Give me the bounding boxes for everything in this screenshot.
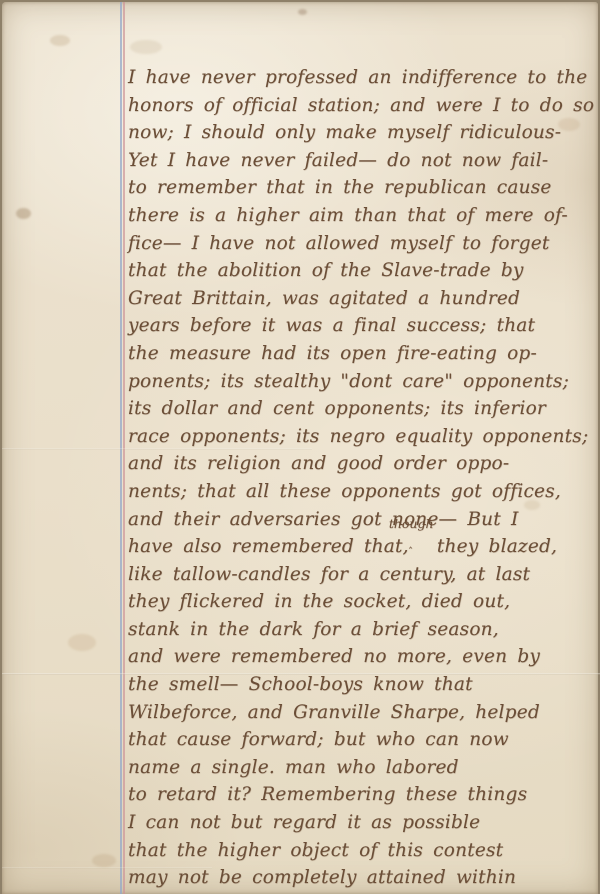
stain	[50, 35, 70, 46]
handwritten-line: ponents; its stealthy "dont care" oppone…	[128, 368, 580, 396]
handwritten-line: race opponents; its negro equality oppon…	[128, 423, 580, 451]
handwritten-line: name a single. man who labored	[128, 754, 580, 782]
line-text-before: have also remembered that,	[128, 536, 409, 557]
handwritten-line: to remember that in the republican cause	[128, 174, 580, 202]
stain	[92, 854, 116, 867]
handwritten-line: Yet I have never failed— do not now fail…	[128, 147, 580, 175]
handwritten-line: nents; that all these opponents got offi…	[128, 478, 580, 506]
handwritten-line: I can not but regard it as possible	[128, 809, 580, 837]
handwritten-line: and its religion and good order oppo-	[128, 450, 580, 478]
handwritten-line: that the higher object of this contest	[128, 837, 580, 865]
handwritten-line: like tallow-candles for a century, at la…	[128, 561, 580, 589]
handwritten-line: honors of official station; and were I t…	[128, 92, 580, 120]
caret-insertion: though ‸	[419, 534, 427, 553]
handwritten-line: stank in the dark for a brief season,	[128, 616, 580, 644]
inserted-word: though	[389, 518, 434, 530]
stain	[16, 208, 31, 219]
handwritten-line: the smell— School-boys know that	[128, 671, 580, 699]
line-text-after: they blazed,	[437, 536, 557, 557]
handwritten-line: that cause forward; but who can now	[128, 726, 580, 754]
caret-icon: ‸	[409, 539, 413, 549]
handwritten-line: there is a higher aim than that of mere …	[128, 202, 580, 230]
manuscript-page: I have never professed an indifference t…	[2, 2, 598, 894]
handwritten-line: may not be completely attained within	[128, 864, 580, 892]
handwritten-line: that the abolition of the Slave-trade by	[128, 257, 580, 285]
handwritten-line: and were remembered no more, even by	[128, 643, 580, 671]
stain	[130, 40, 162, 54]
handwritten-line: to retard it? Remembering these things	[128, 781, 580, 809]
handwritten-line: years before it was a final success; tha…	[128, 312, 580, 340]
handwritten-line: Great Brittain, was agitated a hundred	[128, 285, 580, 313]
stain	[68, 634, 96, 651]
handwritten-line: I have never professed an indifference t…	[128, 64, 580, 92]
manuscript-text-block: I have never professed an indifference t…	[128, 64, 580, 892]
handwritten-line-with-insertion: have also remembered that, though ‸ they…	[128, 533, 580, 561]
handwritten-line: they flickered in the socket, died out,	[128, 588, 580, 616]
handwritten-line: the measure had its open fire-eating op-	[128, 340, 580, 368]
handwritten-line: Wilbeforce, and Granville Sharpe, helped	[128, 699, 580, 727]
handwritten-line: its dollar and cent opponents; its infer…	[128, 395, 580, 423]
handwritten-line: fice— I have not allowed myself to forge…	[128, 230, 580, 258]
handwritten-line: now; I should only make myself ridiculou…	[128, 119, 580, 147]
stain	[298, 9, 307, 15]
handwritten-line: and their adversaries got none— But I	[128, 506, 580, 534]
